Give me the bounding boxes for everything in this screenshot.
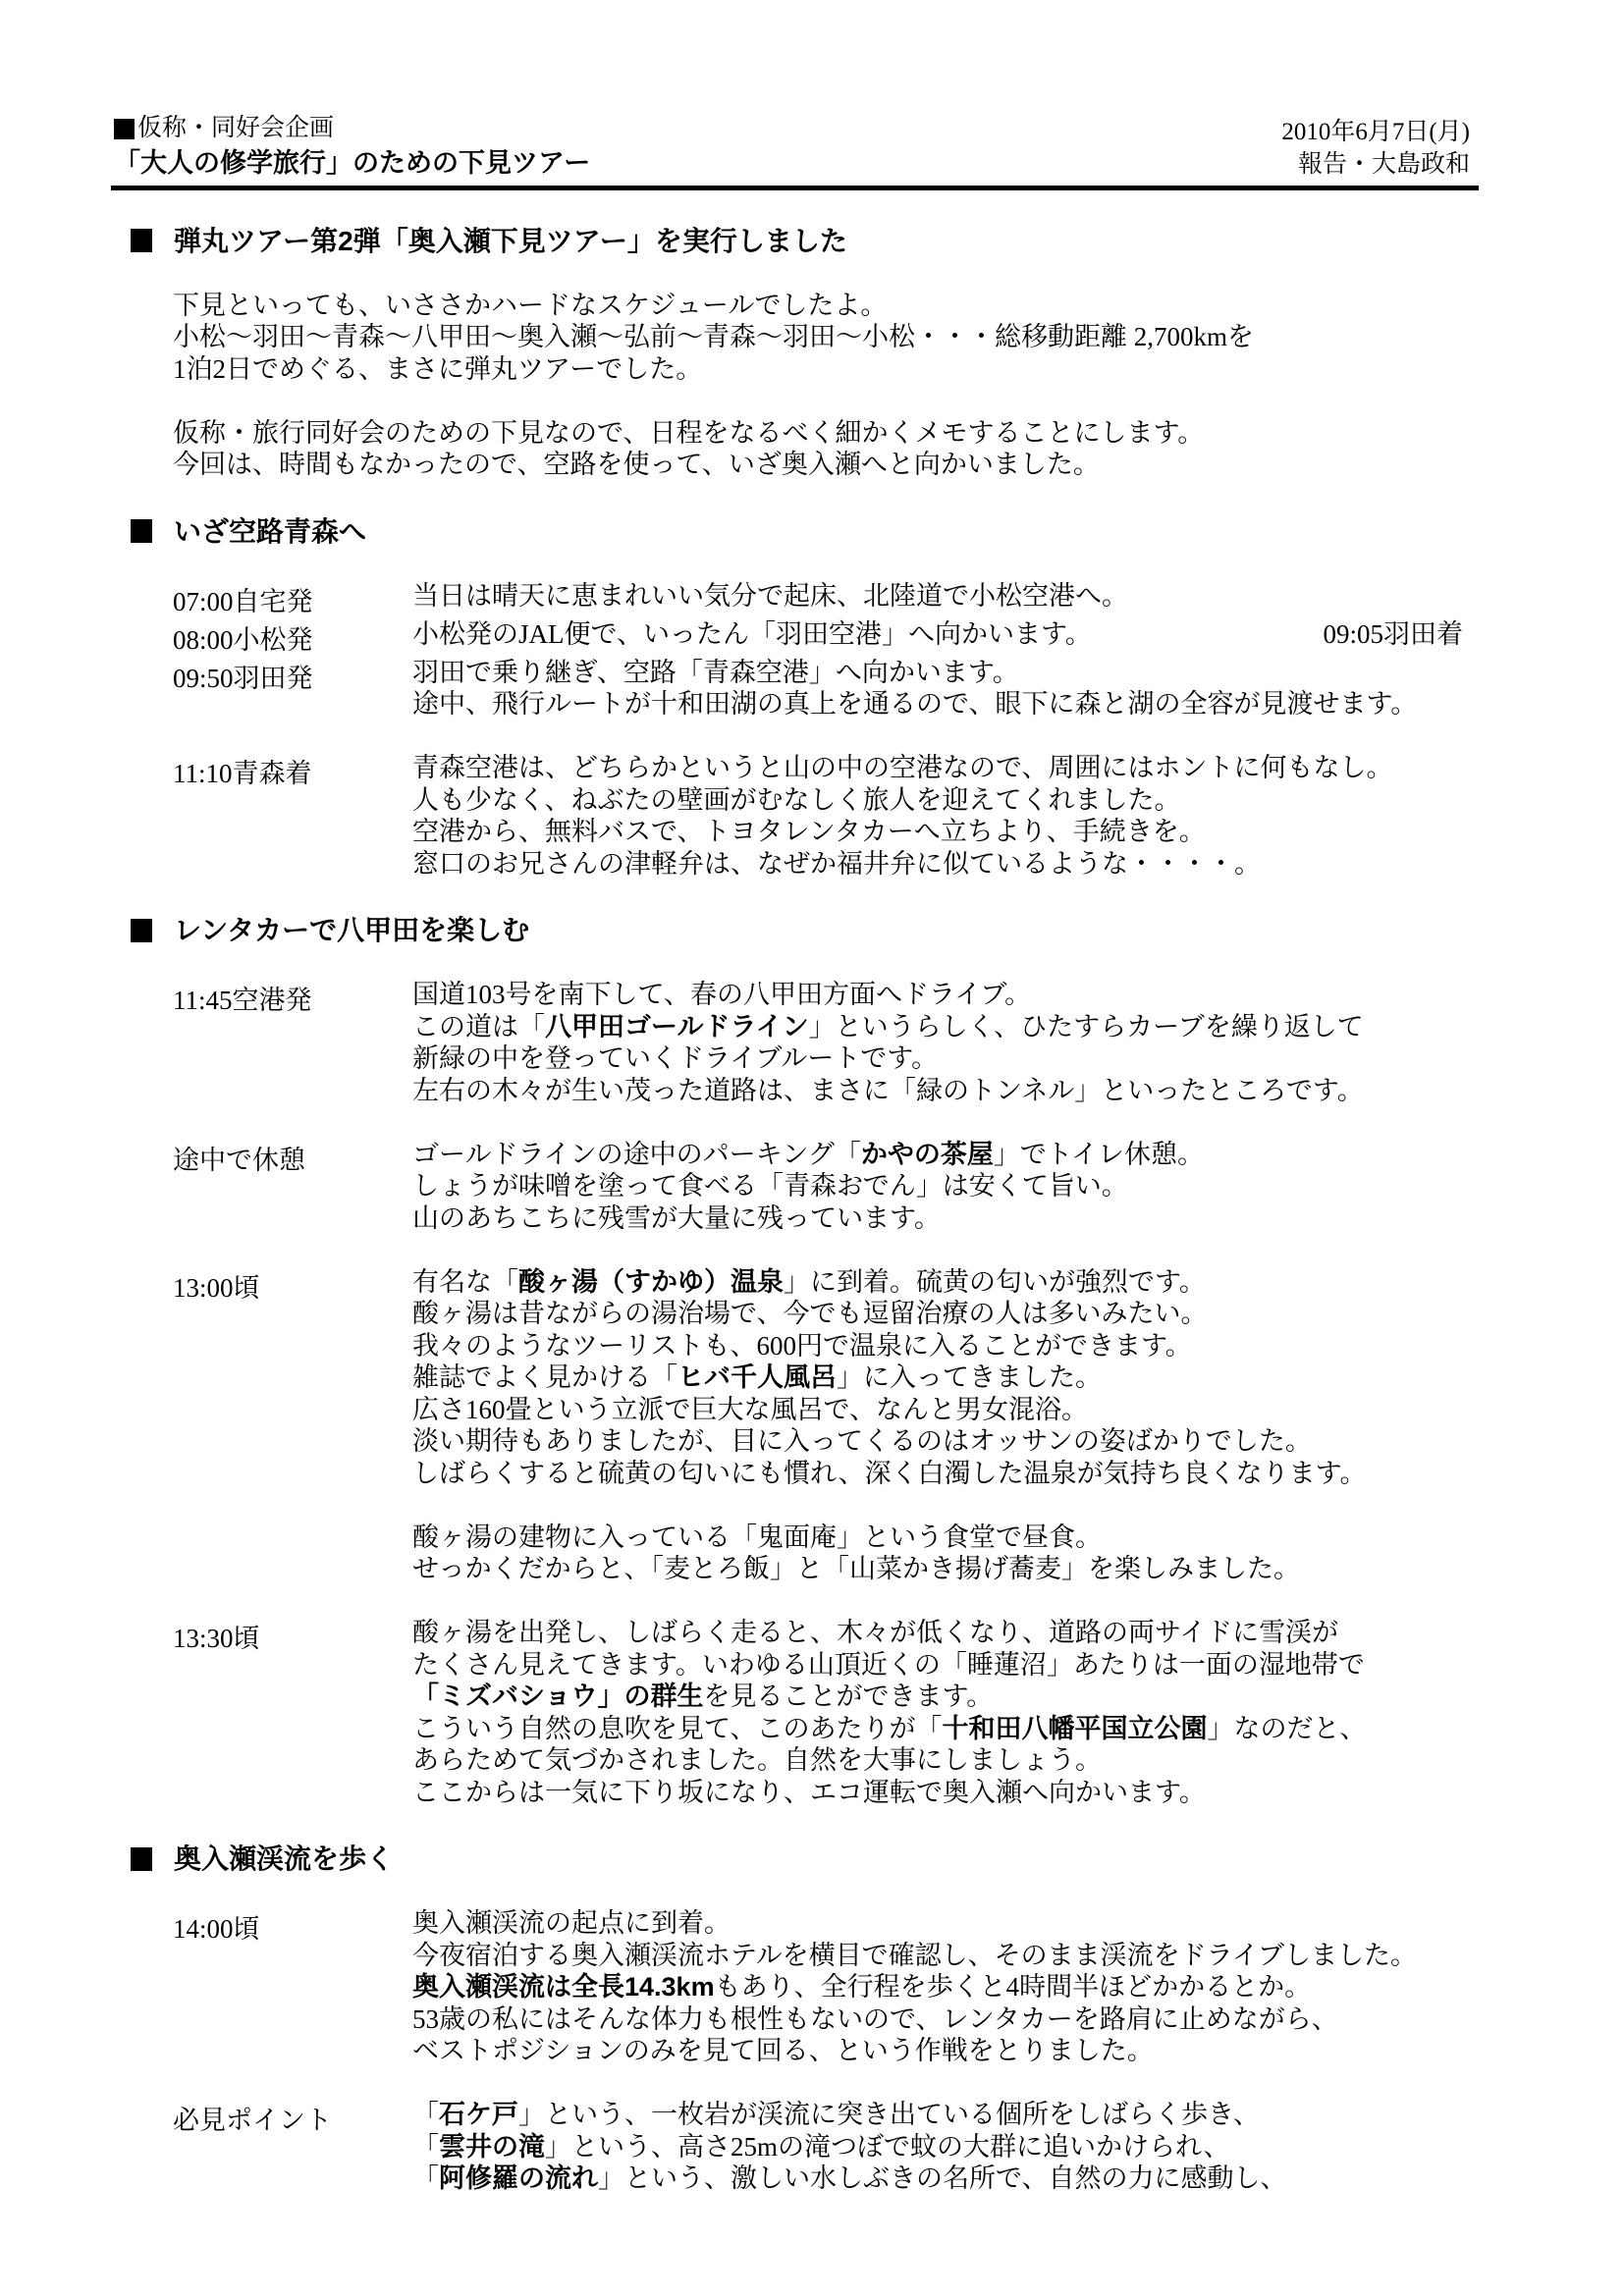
timeline-entry: 14:00頃奥入瀬渓流の起点に到着。今夜宿泊する奥入瀬渓流ホテルを横目で確認し、…: [173, 1907, 1624, 2067]
text-segment: あらためて気づかされました。自然を大事にしましょう。: [412, 1745, 1102, 1775]
document-body: 弾丸ツアー第2弾「奥入瀬下見ツアー」を実行しました下見といっても、いささかハード…: [0, 226, 1624, 2195]
text-segment: 」でトイレ休憩。: [994, 1140, 1204, 1169]
entry-line: 羽田で乗り継ぎ、空路「青森空港」へ向かいます。: [412, 657, 1624, 689]
text-segment: 奥入瀬渓流の起点に到着。: [412, 1908, 731, 1938]
program-marker-icon: [114, 119, 135, 139]
text-segment: 仮称・旅行同好会のための下見なので、日程をなるべく細かくメモすることにします。: [173, 418, 1204, 448]
text-segment: 新緑の中を登っていくドライブルートです。: [412, 1043, 938, 1073]
entry-line: 窓口のお兄さんの津軽弁は、なぜか福井弁に似ているような・・・・。: [412, 848, 1624, 881]
text-segment: たくさん見えてきます。いわゆる山頂近くの「睡蓮沼」あたりは一面の湿地帯で: [412, 1650, 1365, 1680]
entry-line: 青森空港は、どちらかというと山の中の空港なので、周囲にはホントに何もなし。: [412, 752, 1624, 784]
entry-line: 我々のようなツーリストも、600円で温泉に入ることができます。: [412, 1330, 1624, 1362]
section-heading-text: いざ空路青森へ: [174, 516, 366, 547]
report-header: 仮称・同好会企画 2010年6月7日(月) 「大人の修学旅行」のための下見ツアー…: [114, 0, 1470, 179]
entry-line: 途中、飛行ルートが十和田湖の真上を通るので、眼下に森と湖の全容が見渡せます。: [412, 688, 1624, 721]
section-marker-icon: [131, 1847, 152, 1871]
timeline-entry: 13:30頃酸ヶ湯を出発し、しばらく走ると、木々が低くなり、道路の両サイドに雪渓…: [173, 1617, 1624, 1808]
report-title: 「大人の修学旅行」のための下見ツアー: [114, 149, 590, 178]
paragraph-line: 仮称・旅行同好会のための下見なので、日程をなるべく細かくメモすることにします。: [173, 417, 1624, 450]
program-label: 仮称・同好会企画: [137, 116, 334, 141]
bold-term: 雲井の滝: [439, 2132, 545, 2162]
text-segment: 」というらしく、ひたすらカーブを繰り返して: [809, 1012, 1364, 1041]
text-segment: を見ることができます。: [703, 1682, 993, 1711]
report-date: 2010年6月7日(月): [1281, 120, 1470, 145]
entry-body: 小松発のJAL便で、いったん「羽田空港」へ向かいます。09:05羽田着: [412, 618, 1624, 657]
text-segment: 」という、激しい水しぶきの名所で、自然の力に感動し、: [598, 2163, 1286, 2193]
bold-term: 石ケ戸: [439, 2100, 518, 2129]
entry-line: 人も少なく、ねぶたの壁画がむなしく旅人を迎えてくれました。: [412, 784, 1624, 817]
paragraph-line: 下見といっても、いささかハードなスケジュールでしたよ。: [173, 290, 1624, 322]
entry-label: 11:45空港発: [173, 979, 412, 1106]
entry-line: 小松発のJAL便で、いったん「羽田空港」へ向かいます。09:05羽田着: [412, 618, 1624, 651]
section-marker-icon: [131, 519, 152, 543]
timeline-entry: 必見ポイント「石ケ戸」という、一枚岩が渓流に突き出ている個所をしばらく歩き、「雲…: [173, 2099, 1624, 2195]
text-segment: 」に入ってきました。: [837, 1362, 1102, 1392]
text-segment: 酸ヶ湯を出発し、しばらく走ると、木々が低くなり、道路の両サイドに雪渓が: [412, 1618, 1338, 1647]
header-rule: [111, 186, 1479, 190]
paragraph-line: 1泊2日でめぐる、まさに弾丸ツアーでした。: [173, 353, 1624, 386]
timeline-entry: 途中で休憩ゴールドラインの途中のパーキング「かやの茶屋」でトイレ休憩。しょうが味…: [173, 1139, 1624, 1235]
paragraph-line: 小松～羽田～青森～八甲田～奥入瀬～弘前～青森～羽田～小松・・・総移動距離 2,7…: [173, 321, 1624, 353]
bold-term: 八甲田ゴールドライン: [545, 1012, 809, 1041]
text-segment: 」という、一枚岩が渓流に突き出ている個所をしばらく歩き、: [518, 2100, 1260, 2129]
section-heading: 弾丸ツアー第2弾「奥入瀬下見ツアー」を実行しました: [131, 226, 1624, 256]
text-segment: 酸ヶ湯は昔ながらの湯治場で、今でも逗留治療の人は多いみたい。: [412, 1299, 1207, 1328]
text-segment: 酸ヶ湯の建物に入っている「鬼面庵」という食堂で昼食。: [412, 1522, 1102, 1552]
text-segment: 小松発のJAL便で、いったん「羽田空港」へ向かいます。: [412, 619, 1092, 649]
entry-body: 当日は晴天に恵まれいい気分で起床、北陸道で小松空港へ。: [412, 580, 1624, 618]
entry-line: 淡い期待もありましたが、目に入ってくるのはオッサンの姿ばかりでした。: [412, 1425, 1624, 1458]
section: 弾丸ツアー第2弾「奥入瀬下見ツアー」を実行しました下見といっても、いささかハード…: [0, 226, 1624, 481]
entry-line: 国道103号を南下して、春の八甲田方面へドライブ。: [412, 979, 1624, 1011]
section-heading: レンタカーで八甲田を楽しむ: [131, 915, 1624, 945]
text-segment: 今回は、時間もなかったので、空路を使って、いざ奥入瀬へと向かいました。: [173, 450, 1100, 479]
text-segment: この道は「: [412, 1012, 545, 1041]
entry-line: たくさん見えてきます。いわゆる山頂近くの「睡蓮沼」あたりは一面の湿地帯で: [412, 1649, 1624, 1682]
paragraph-line: 今回は、時間もなかったので、空路を使って、いざ奥入瀬へと向かいました。: [173, 449, 1624, 481]
text-segment: 当日は晴天に恵まれいい気分で起床、北陸道で小松空港へ。: [412, 581, 1128, 611]
text-segment: 淡い期待もありましたが、目に入ってくるのはオッサンの姿ばかりでした。: [412, 1426, 1312, 1456]
bold-term: ヒバ千人風呂: [677, 1362, 837, 1392]
entry-line: 「阿修羅の流れ」という、激しい水しぶきの名所で、自然の力に感動し、: [412, 2163, 1624, 2195]
entry-body: ゴールドラインの途中のパーキング「かやの茶屋」でトイレ休憩。しょうが味噌を塗って…: [412, 1139, 1624, 1235]
header-title-row: 「大人の修学旅行」のための下見ツアー 報告・大島政和: [114, 149, 1470, 179]
entry-line: 奥入瀬渓流は全長14.3kmもあり、全行程を歩くと4時間半ほどかかるとか。: [412, 1971, 1624, 2003]
timeline-entry: 13:00頃有名な「酸ヶ湯（すかゆ）温泉」に到着。硫黄の匂いが強烈です。酸ヶ湯は…: [173, 1266, 1624, 1585]
text-segment: ゴールドラインの途中のパーキング「: [412, 1140, 861, 1169]
report-author: 報告・大島政和: [1298, 150, 1470, 179]
entry-line: 53歳の私にはそんな体力も根性もないので、レンタカーを路肩に止めながら、: [412, 2003, 1624, 2036]
bold-term: 「ミズバショウ」の群生: [412, 1682, 703, 1711]
section: いざ空路青森へ07:00自宅発当日は晴天に恵まれいい気分で起床、北陸道で小松空港…: [0, 516, 1624, 881]
text-segment: 」という、高さ25mの滝つぼで蚊の大群に追いかけられ、: [545, 2132, 1230, 2162]
entry-line: 左右の木々が生い茂った道路は、まさに「緑のトンネル」といったところです。: [412, 1075, 1624, 1107]
entry-line: こういう自然の息吹を見て、このあたりが「十和田八幡平国立公園」なのだと、: [412, 1713, 1624, 1745]
entry-line: せっかくだからと、「麦とろ飯」と「山菜かき揚げ蕎麦」を楽しみました。: [412, 1553, 1624, 1585]
text-segment: 雑誌でよく見かける「: [412, 1362, 677, 1392]
text-segment: 山のあちこちに残雪が大量に残っています。: [412, 1203, 941, 1233]
text-segment: 「: [412, 2163, 439, 2193]
text-segment: 青森空港は、どちらかというと山の中の空港なので、周囲にはホントに何もなし。: [412, 753, 1392, 782]
text-segment: 窓口のお兄さんの津軽弁は、なぜか福井弁に似ているような・・・・。: [412, 849, 1261, 879]
entry-body: 国道103号を南下して、春の八甲田方面へドライブ。この道は「八甲田ゴールドライン…: [412, 979, 1624, 1106]
text-segment: しょうが味噌を塗って食べる「青森おでん」は安くて旨い。: [412, 1171, 1128, 1201]
entry-label: 13:00頃: [173, 1266, 412, 1585]
timeline-entry: 11:10青森着青森空港は、どちらかというと山の中の空港なので、周囲にはホントに…: [173, 752, 1624, 880]
text-segment: 途中、飛行ルートが十和田湖の真上を通るので、眼下に森と湖の全容が見渡せます。: [412, 689, 1417, 719]
entry-line: 有名な「酸ヶ湯（すかゆ）温泉」に到着。硫黄の匂いが強烈です。: [412, 1266, 1624, 1299]
text-segment: 下見といっても、いささかハードなスケジュールでしたよ。: [173, 291, 887, 320]
entry-body: 「石ケ戸」という、一枚岩が渓流に突き出ている個所をしばらく歩き、「雲井の滝」とい…: [412, 2099, 1624, 2195]
text-segment: 53歳の私にはそんな体力も根性もないので、レンタカーを路肩に止めながら、: [412, 2004, 1338, 2034]
entry-line: 酸ヶ湯は昔ながらの湯治場で、今でも逗留治療の人は多いみたい。: [412, 1298, 1624, 1330]
entry-line: 当日は晴天に恵まれいい気分で起床、北陸道で小松空港へ。: [412, 580, 1624, 613]
text-segment: 「: [412, 2100, 439, 2129]
text-segment: 左右の木々が生い茂った道路は、まさに「緑のトンネル」といったところです。: [412, 1076, 1364, 1105]
entry-body: 酸ヶ湯を出発し、しばらく走ると、木々が低くなり、道路の両サイドに雪渓がたくさん見…: [412, 1617, 1624, 1808]
text-segment: しばらくすると硫黄の匂いにも慣れ、深く白濁した温泉が気持ち良くなります。: [412, 1459, 1366, 1488]
paragraph: 下見といっても、いささかハードなスケジュールでしたよ。小松～羽田～青森～八甲田～…: [173, 290, 1624, 386]
entry-line: 奥入瀬渓流の起点に到着。: [412, 1907, 1624, 1940]
arrival-note: 09:05羽田着: [1323, 618, 1463, 651]
header-program: 仮称・同好会企画: [114, 116, 334, 141]
text-segment: 人も少なく、ねぶたの壁画がむなしく旅人を迎えてくれました。: [412, 785, 1180, 815]
section-heading-text: レンタカーで八甲田を楽しむ: [174, 915, 529, 945]
entry-line: 酸ヶ湯の建物に入っている「鬼面庵」という食堂で昼食。: [412, 1522, 1624, 1554]
text-segment: もあり、全行程を歩くと4時間半ほどかかるとか。: [715, 1972, 1312, 2002]
text-segment: 小松～羽田～青森～八甲田～奥入瀬～弘前～青森～羽田～小松・・・総移動距離 2,7…: [173, 322, 1254, 351]
text-segment: 羽田で乗り継ぎ、空路「青森空港」へ向かいます。: [412, 658, 1019, 687]
section-heading: 奥入瀬渓流を歩く: [131, 1843, 1624, 1874]
text-segment: 今夜宿泊する奥入瀬渓流ホテルを横目で確認し、そのまま渓流をドライブしました。: [412, 1941, 1417, 1970]
timeline-entry: 07:00自宅発当日は晴天に恵まれいい気分で起床、北陸道で小松空港へ。: [173, 580, 1624, 618]
entry-line: この道は「八甲田ゴールドライン」というらしく、ひたすらカーブを繰り返して: [412, 1011, 1624, 1043]
entry-label: 14:00頃: [173, 1907, 412, 2067]
entry-label: 07:00自宅発: [173, 580, 412, 618]
section: 奥入瀬渓流を歩く14:00頃奥入瀬渓流の起点に到着。今夜宿泊する奥入瀬渓流ホテル…: [0, 1843, 1624, 2195]
section-heading: いざ空路青森へ: [131, 516, 1624, 547]
timeline-entry: 08:00小松発小松発のJAL便で、いったん「羽田空港」へ向かいます。09:05…: [173, 618, 1624, 657]
text-segment: 空港から、無料バスで、トヨタレンタカーへ立ちより、手続きを。: [412, 817, 1206, 846]
entry-label: 途中で休憩: [173, 1139, 412, 1235]
entry-line: 「石ケ戸」という、一枚岩が渓流に突き出ている個所をしばらく歩き、: [412, 2099, 1624, 2131]
text-segment: 国道103号を南下して、春の八甲田方面へドライブ。: [412, 980, 1031, 1009]
entry-line: 「ミズバショウ」の群生を見ることができます。: [412, 1681, 1624, 1713]
entry-line: 空港から、無料バスで、トヨタレンタカーへ立ちより、手続きを。: [412, 816, 1624, 848]
text-segment: 」なのだと、: [1207, 1714, 1366, 1743]
section-marker-icon: [131, 229, 152, 252]
text-segment: ベストポジションのみを見て回る、という作戦をとりました。: [412, 2036, 1154, 2065]
entry-line: ベストポジションのみを見て回る、という作戦をとりました。: [412, 2035, 1624, 2067]
bold-term: 十和田八幡平国立公園: [942, 1714, 1207, 1743]
paragraph: 仮称・旅行同好会のための下見なので、日程をなるべく細かくメモすることにします。今…: [173, 417, 1624, 481]
entry-line: [412, 1489, 1624, 1522]
entry-line: 酸ヶ湯を出発し、しばらく走ると、木々が低くなり、道路の両サイドに雪渓が: [412, 1617, 1624, 1649]
header-program-row: 仮称・同好会企画 2010年6月7日(月): [114, 116, 1470, 145]
entry-label: 必見ポイント: [173, 2099, 412, 2195]
text-segment: 」に到着。硫黄の匂いが強烈です。: [784, 1267, 1206, 1297]
text-segment: せっかくだからと、「麦とろ飯」と「山菜かき揚げ蕎麦」を楽しみました。: [412, 1554, 1300, 1583]
entry-line: 「雲井の滝」という、高さ25mの滝つぼで蚊の大群に追いかけられ、: [412, 2131, 1624, 2163]
entry-body: 奥入瀬渓流の起点に到着。今夜宿泊する奥入瀬渓流ホテルを横目で確認し、そのまま渓流…: [412, 1907, 1624, 2067]
bold-term: かやの茶屋: [861, 1140, 994, 1169]
entry-body: 有名な「酸ヶ湯（すかゆ）温泉」に到着。硫黄の匂いが強烈です。酸ヶ湯は昔ながらの湯…: [412, 1266, 1624, 1585]
text-segment: 有名な「: [412, 1267, 518, 1297]
entry-line: 広さ160畳という立派で巨大な風呂で、なんと男女混浴。: [412, 1394, 1624, 1426]
entry-line: 山のあちこちに残雪が大量に残っています。: [412, 1202, 1624, 1235]
text-segment: 1泊2日でめぐる、まさに弾丸ツアーでした。: [173, 354, 702, 384]
entry-label: 08:00小松発: [173, 618, 412, 657]
entry-line: 新緑の中を登っていくドライブルートです。: [412, 1042, 1624, 1075]
section-marker-icon: [131, 919, 152, 942]
timeline-entry: 11:45空港発国道103号を南下して、春の八甲田方面へドライブ。この道は「八甲…: [173, 979, 1624, 1106]
section: レンタカーで八甲田を楽しむ11:45空港発国道103号を南下して、春の八甲田方面…: [0, 915, 1624, 1808]
text-segment: 「: [412, 2132, 439, 2162]
text-segment: 広さ160畳という立派で巨大な風呂で、なんと男女混浴。: [412, 1395, 1088, 1424]
entry-line: ゴールドラインの途中のパーキング「かやの茶屋」でトイレ休憩。: [412, 1139, 1624, 1171]
entry-line: しばらくすると硫黄の匂いにも慣れ、深く白濁した温泉が気持ち良くなります。: [412, 1458, 1624, 1490]
text-segment: こういう自然の息吹を見て、このあたりが「: [412, 1714, 942, 1743]
entry-label: 09:50羽田発: [173, 657, 412, 721]
section-heading-text: 奥入瀬渓流を歩く: [174, 1843, 394, 1874]
entry-line: しょうが味噌を塗って食べる「青森おでん」は安くて旨い。: [412, 1170, 1624, 1202]
page: 仮称・同好会企画 2010年6月7日(月) 「大人の修学旅行」のための下見ツアー…: [0, 0, 1624, 2296]
entry-line: あらためて気づかされました。自然を大事にしましょう。: [412, 1744, 1624, 1777]
text-segment: ここからは一気に下り坂になり、エコ運転で奥入瀬へ向かいます。: [412, 1778, 1206, 1807]
entry-body: 羽田で乗り継ぎ、空路「青森空港」へ向かいます。途中、飛行ルートが十和田湖の真上を…: [412, 657, 1624, 721]
entry-line: 今夜宿泊する奥入瀬渓流ホテルを横目で確認し、そのまま渓流をドライブしました。: [412, 1940, 1624, 1972]
bold-term: 奥入瀬渓流は全長14.3km: [412, 1972, 715, 2002]
entry-line: 雑誌でよく見かける「ヒバ千人風呂」に入ってきました。: [412, 1362, 1624, 1394]
text-segment: 我々のようなツーリストも、600円で温泉に入ることができます。: [412, 1331, 1192, 1361]
section-heading-text: 弾丸ツアー第2弾「奥入瀬下見ツアー」を実行しました: [174, 226, 847, 256]
bold-term: 酸ヶ湯（すかゆ）温泉: [518, 1267, 784, 1297]
bold-term: 阿修羅の流れ: [439, 2163, 598, 2193]
timeline-entry: 09:50羽田発羽田で乗り継ぎ、空路「青森空港」へ向かいます。途中、飛行ルートが…: [173, 657, 1624, 721]
entry-line: ここからは一気に下り坂になり、エコ運転で奥入瀬へ向かいます。: [412, 1777, 1624, 1809]
entry-label: 13:30頃: [173, 1617, 412, 1808]
entry-body: 青森空港は、どちらかというと山の中の空港なので、周囲にはホントに何もなし。人も少…: [412, 752, 1624, 880]
entry-label: 11:10青森着: [173, 752, 412, 880]
